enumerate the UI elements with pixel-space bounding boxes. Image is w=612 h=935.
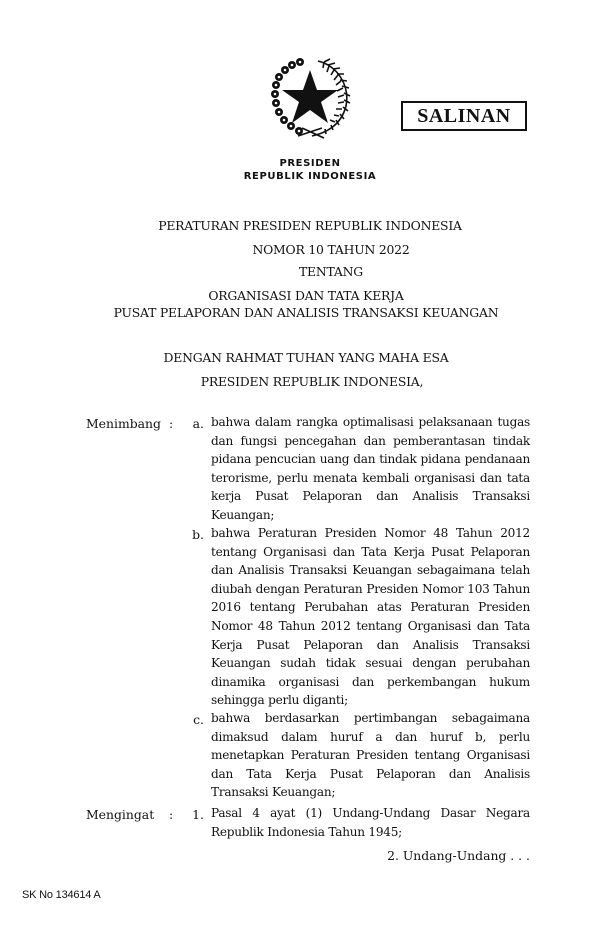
mengingat-marker-1: 1. <box>184 807 204 822</box>
text-line: dan Analisis Transaksi Keuangan sebagaim… <box>211 561 530 580</box>
salinan-stamp: SALINAN <box>401 101 527 131</box>
text-line: Pasal 4 ayat (1) Undang-Undang Dasar Neg… <box>211 804 530 823</box>
menimbang-marker-c: c. <box>184 712 204 727</box>
text-line: terorisme, perlu menata kembali organisa… <box>211 469 530 488</box>
text-line: Republik Indonesia Tahun 1945; <box>211 823 530 842</box>
mengingat-label: Mengingat <box>86 807 154 822</box>
menimbang-colon: : <box>169 416 173 431</box>
text-line: bahwa berdasarkan pertimbangan sebagaima… <box>211 709 530 728</box>
text-line: diubah dengan Peraturan Presiden Nomor 1… <box>211 580 530 599</box>
document-serial-number: SK No 134614 A <box>22 889 101 901</box>
mengingat-item-1: Pasal 4 ayat (1) Undang-Undang Dasar Neg… <box>211 804 530 841</box>
text-line: Keuangan sudah tidak sesuai dengan perub… <box>211 654 530 673</box>
preamble-line1: DENGAN RAHMAT TUHAN YANG MAHA ESA <box>0 350 612 365</box>
document-page: SALINAN PRESIDEN REPUBLIK INDONESIA PERA… <box>0 0 612 935</box>
presidential-emblem-icon <box>268 56 352 140</box>
regulation-title: PERATURAN PRESIDEN REPUBLIK INDONESIA <box>4 218 612 233</box>
text-line: bahwa Peraturan Presiden Nomor 48 Tahun … <box>211 524 530 543</box>
menimbang-item-c: bahwa berdasarkan pertimbangan sebagaima… <box>211 709 530 802</box>
text-line: Kerja Pusat Pelaporan dan Analisis Trans… <box>211 636 530 655</box>
text-line: menetapkan Peraturan Presiden tentang Or… <box>211 746 530 765</box>
text-line: Keuangan; <box>211 506 530 525</box>
menimbang-item-a: bahwa dalam rangka optimalisasi pelaksan… <box>211 413 530 525</box>
text-line: dan fungsi pencegahan dan pemberantasan … <box>211 432 530 451</box>
text-line: dinamika organisasi dan perkembangan huk… <box>211 673 530 692</box>
text-line: Transaksi Keuangan; <box>211 783 530 802</box>
menimbang-item-b: bahwa Peraturan Presiden Nomor 48 Tahun … <box>211 524 530 710</box>
text-line: sehingga perlu diganti; <box>211 691 530 710</box>
menimbang-marker-a: a. <box>184 416 204 431</box>
menimbang-marker-b: b. <box>184 527 204 542</box>
menimbang-label: Menimbang <box>86 416 161 431</box>
text-line: dimaksud dalam huruf a dan huruf b, perl… <box>211 728 530 747</box>
regulation-subject-line1: ORGANISASI DAN TATA KERJA <box>0 288 612 303</box>
text-line: pidana pencucian uang dan tindak pidana … <box>211 450 530 469</box>
regulation-subject-line2: PUSAT PELAPORAN DAN ANALISIS TRANSAKSI K… <box>0 305 612 320</box>
text-line: Nomor 48 Tahun 2012 tentang Organisasi d… <box>211 617 530 636</box>
text-line: bahwa dalam rangka optimalisasi pelaksan… <box>211 413 530 432</box>
office-subtitle: REPUBLIK INDONESIA <box>4 171 612 182</box>
mengingat-colon: : <box>169 807 173 822</box>
regulation-number: NOMOR 10 TAHUN 2022 <box>25 242 612 257</box>
text-line: dan Tata Kerja Pusat Pelaporan dan Anali… <box>211 765 530 784</box>
text-line: tentang Organisasi dan Tata Kerja Pusat … <box>211 543 530 562</box>
continuation-catchword: 2. Undang-Undang . . . <box>387 848 530 863</box>
regulation-about-label: TENTANG <box>25 264 612 279</box>
preamble-line2: PRESIDEN REPUBLIK INDONESIA, <box>6 374 612 389</box>
office-title: PRESIDEN <box>4 158 612 169</box>
text-line: 2016 tentang Perubahan atas Peraturan Pr… <box>211 598 530 617</box>
text-line: kerja Pusat Pelaporan dan Analisis Trans… <box>211 487 530 506</box>
